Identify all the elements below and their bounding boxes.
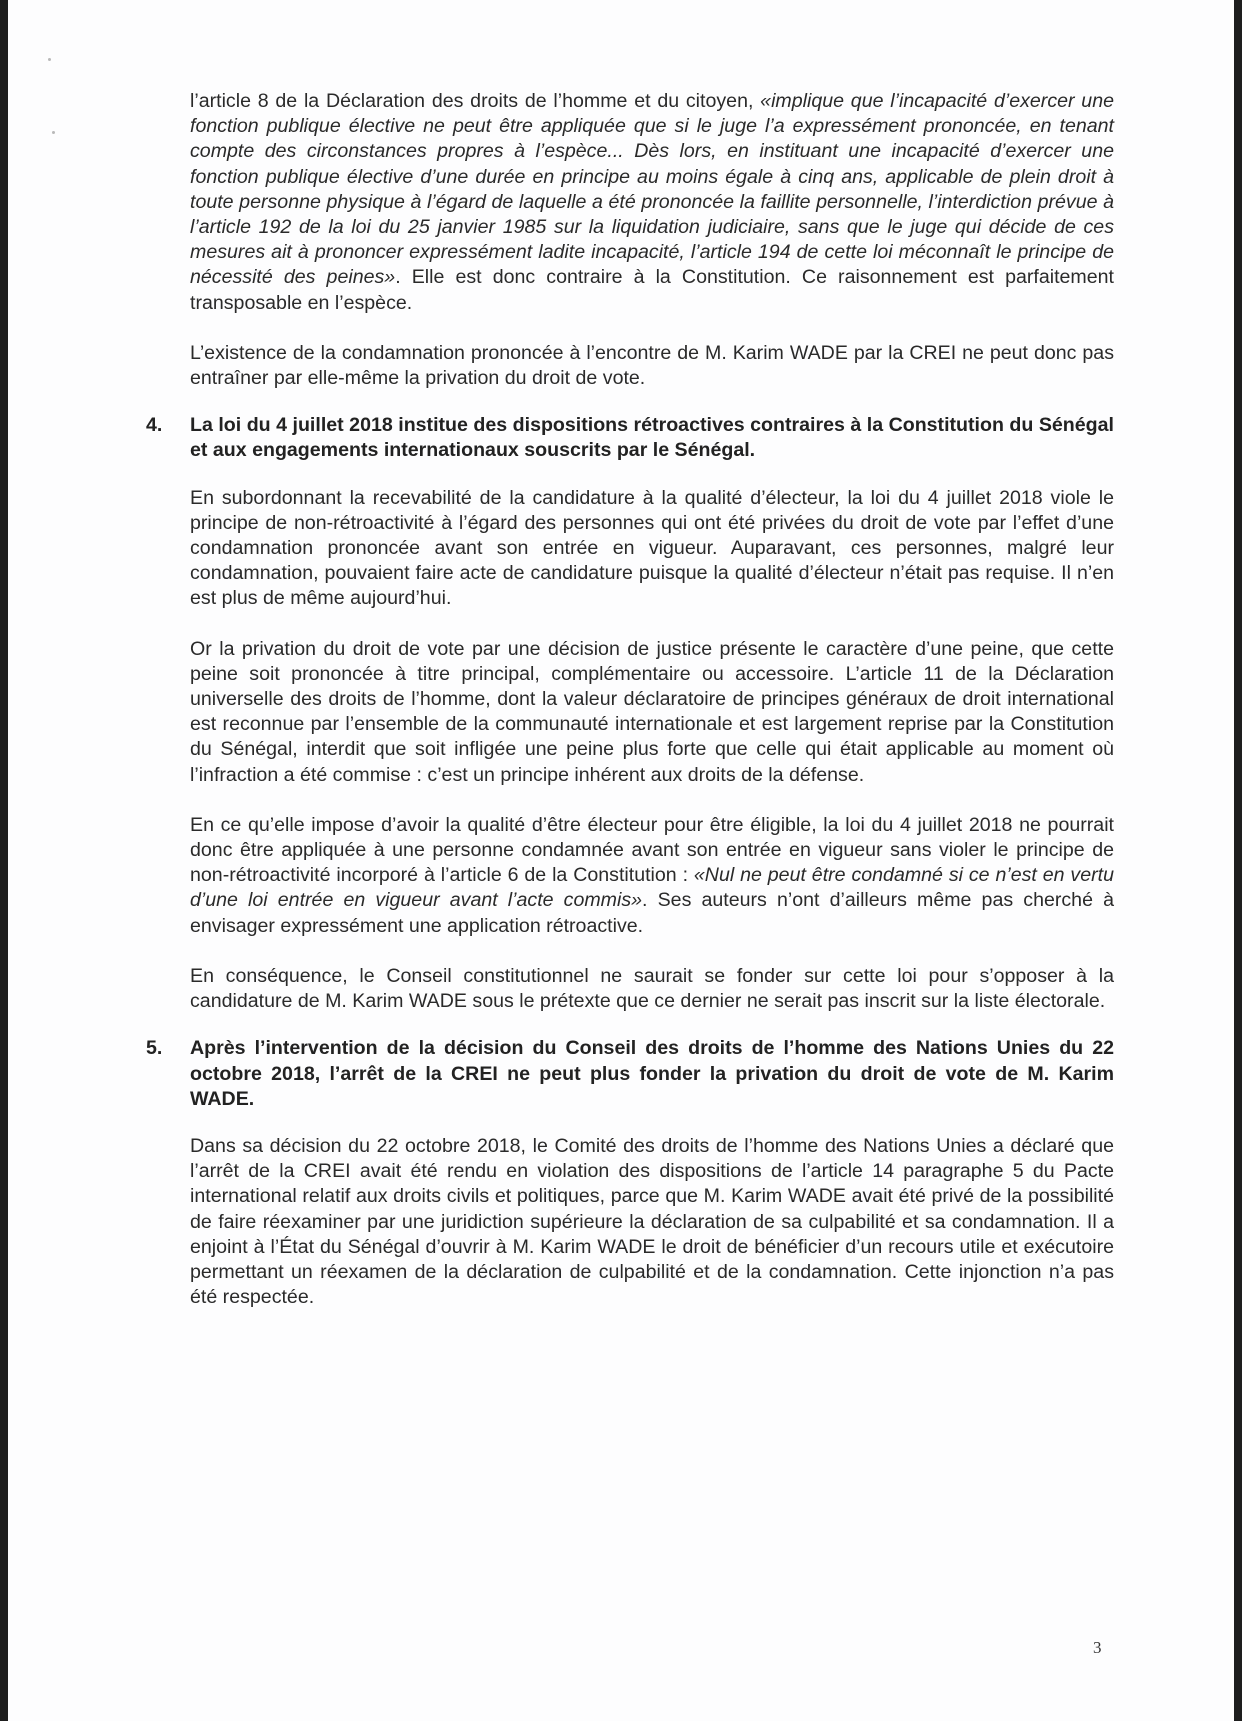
paragraph-consequence: En conséquence, le Conseil constitutionn…: [190, 964, 1114, 1014]
paragraph-comite-onu: Dans sa décision du 22 octobre 2018, le …: [190, 1134, 1114, 1310]
page-number: 3: [1093, 1635, 1102, 1660]
section-heading-4: 4. La loi du 4 juillet 2018 institue des…: [190, 413, 1114, 463]
section-number: 5.: [146, 1036, 162, 1061]
paragraph-condamnation-crei: L’existence de la condamnation prononcée…: [190, 341, 1114, 391]
section-title: La loi du 4 juillet 2018 institue des di…: [190, 414, 1114, 461]
citation-italic: «implique que l’incapacité d’exercer une…: [190, 90, 1114, 288]
document-page: l’article 8 de la Déclaration des droits…: [8, 0, 1234, 1721]
paragraph-text: l’article 8 de la Déclaration des droits…: [190, 90, 760, 112]
scan-speck: [52, 131, 55, 134]
paragraph-non-retroactivite: En subordonnant la recevabilité de la ca…: [190, 486, 1114, 612]
paragraph-article-6: En ce qu’elle impose d’avoir la qualité …: [190, 813, 1114, 939]
scan-speck: [48, 58, 51, 61]
section-heading-5: 5. Après l’intervention de la décision d…: [190, 1036, 1114, 1112]
paragraph-privation-peine: Or la privation du droit de vote par une…: [190, 637, 1114, 788]
section-title: Après l’intervention de la décision du C…: [190, 1037, 1114, 1109]
paragraph-conseil-citation: l’article 8 de la Déclaration des droits…: [190, 89, 1114, 316]
page-content: l’article 8 de la Déclaration des droits…: [190, 89, 1114, 1335]
section-number: 4.: [146, 413, 162, 438]
